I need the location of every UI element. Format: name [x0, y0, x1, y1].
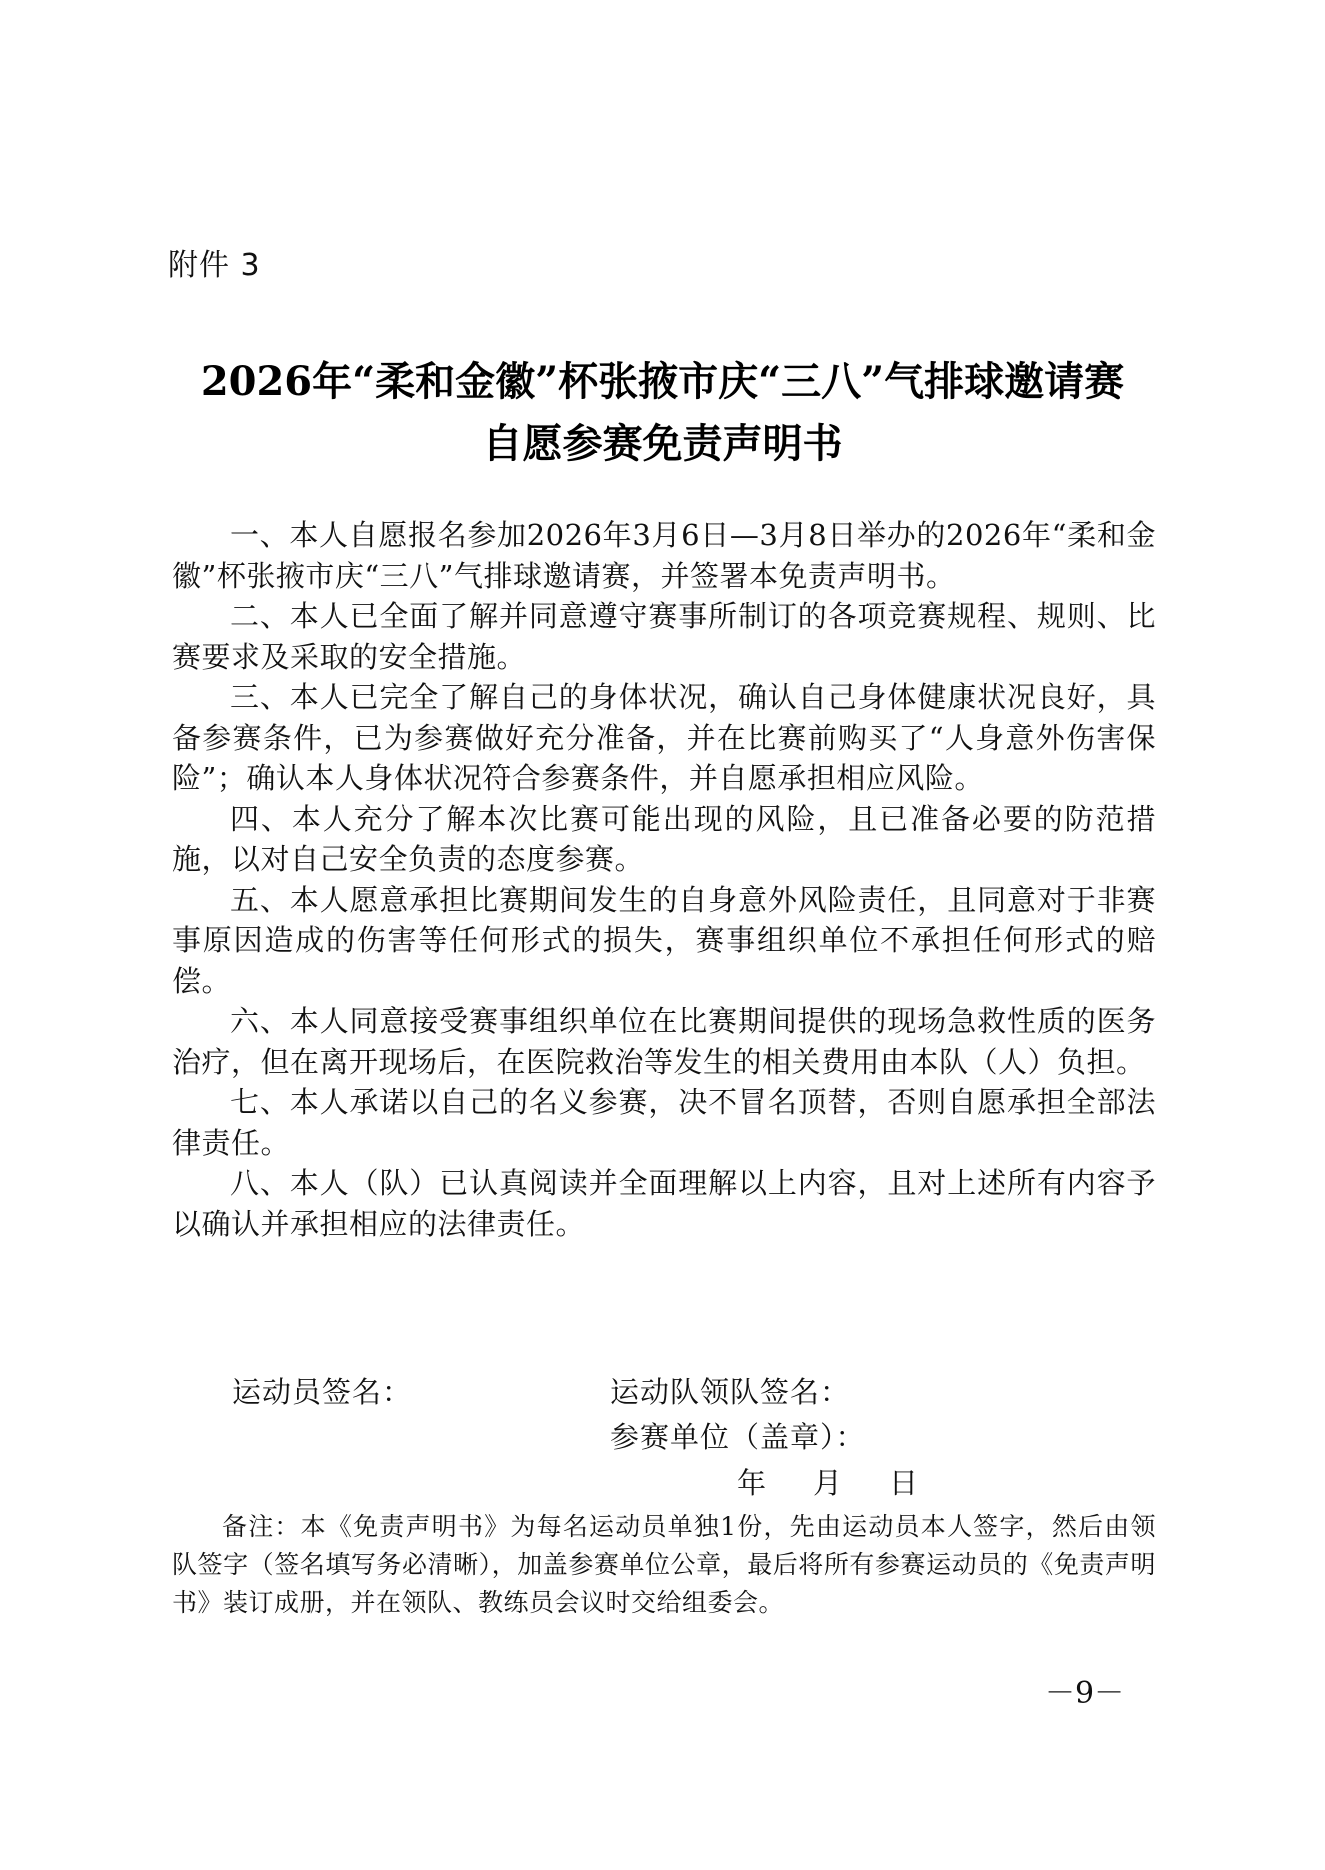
- date-day-label: 日: [889, 1461, 919, 1502]
- document-title-line1: 2026年“柔和金徽”杯张掖市庆“三八”气排球邀请赛: [0, 350, 1325, 407]
- unit-seal-label: 参赛单位（盖章）：: [610, 1415, 866, 1456]
- clause-5: 五、本人愿意承担比赛期间发生的自身意外风险责任，且同意对于非赛事原因造成的伤害等…: [172, 880, 1156, 1002]
- clause-4: 四、本人充分了解本次比赛可能出现的风险，且已准备必要的防范措施，以对自己安全负责…: [172, 799, 1156, 880]
- remarks-note: 备注：本《免责声明书》为每名运动员单独1份，先由运动员本人签字，然后由领队签字（…: [172, 1508, 1156, 1622]
- date-month-label: 月: [813, 1461, 843, 1502]
- clause-3: 三、本人已完全了解自己的身体状况，确认自己身体健康状况良好，具备参赛条件，已为参…: [172, 677, 1156, 799]
- clause-6: 六、本人同意接受赛事组织单位在比赛期间提供的现场急救性质的医务治疗，但在离开现场…: [172, 1001, 1156, 1082]
- clause-7: 七、本人承诺以自己的名义参赛，决不冒名顶替，否则自愿承担全部法律责任。: [172, 1082, 1156, 1163]
- document-title-line2: 自愿参赛免责声明书: [0, 412, 1325, 469]
- date-year-label: 年: [737, 1461, 767, 1502]
- date-line: 年月日: [737, 1461, 965, 1502]
- athlete-signature-label: 运动员签名：: [232, 1370, 412, 1411]
- clause-8: 八、本人（队）已认真阅读并全面理解以上内容，且对上述所有内容予以确认并承担相应的…: [172, 1163, 1156, 1244]
- remarks-text: 备注：本《免责声明书》为每名运动员单独1份，先由运动员本人签字，然后由领队签字（…: [172, 1508, 1156, 1622]
- clause-2: 二、本人已全面了解并同意遵守赛事所制订的各项竞赛规程、规则、比赛要求及采取的安全…: [172, 596, 1156, 677]
- team-leader-signature-label: 运动队领队签名：: [610, 1370, 850, 1411]
- page-number: －9－: [1045, 1668, 1124, 1712]
- clauses-body: 一、本人自愿报名参加2026年3月6日—3月8日举办的2026年“柔和金徽”杯张…: [172, 515, 1156, 1244]
- attachment-label: 附件 3: [168, 240, 261, 284]
- clause-1: 一、本人自愿报名参加2026年3月6日—3月8日举办的2026年“柔和金徽”杯张…: [172, 515, 1156, 596]
